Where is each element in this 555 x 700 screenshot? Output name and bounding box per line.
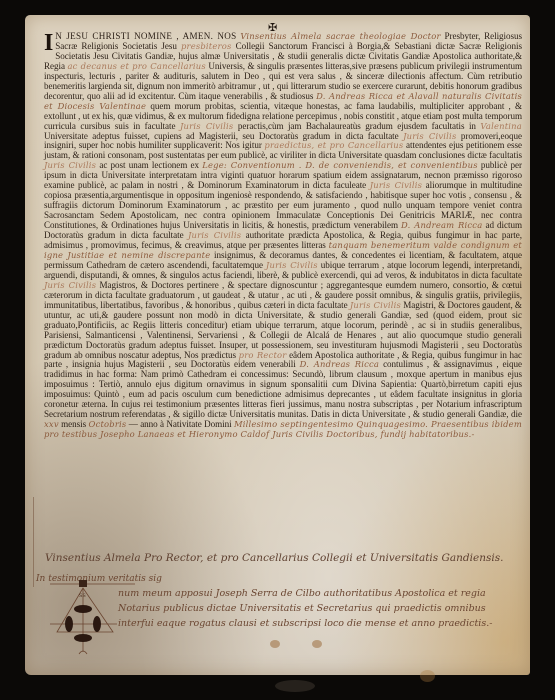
notary-attestation: num meum apposui Joseph Serra de Cilbo a… xyxy=(118,586,518,631)
printed-body: IN JESU CHRISTI NOMINE , AMEN. NOS Vinse… xyxy=(44,32,522,440)
invocation-heading: N JESU CHRISTI NOMINE , AMEN. NOS xyxy=(55,31,236,41)
handwritten-lecture-topic: Lege: Conventionum . D. de conveniendis,… xyxy=(202,160,477,170)
handwritten-insert: presbiteros xyxy=(181,41,232,51)
handwritten-faculty: Juris Civilis xyxy=(188,230,241,240)
margin-rule xyxy=(33,497,34,587)
printed-text: mensis xyxy=(61,419,86,429)
stain-mark xyxy=(270,640,280,648)
diploma-paragraph: IN JESU CHRISTI NOMINE , AMEN. NOS Vinse… xyxy=(44,32,522,440)
printed-text: die xyxy=(511,409,522,419)
handwritten-day: xxv xyxy=(44,419,59,429)
handwritten-insert: ac decanus et pro Cancellarius xyxy=(67,61,205,71)
handwritten-faculty: Juris Civilis xyxy=(370,180,422,190)
printed-text: — anno à Nativitate Domini xyxy=(129,419,232,429)
printed-text: peractis,cùm jam Bachalaureatùs gradum e… xyxy=(238,121,476,131)
handwritten-faculty: Juris Civilis xyxy=(266,260,318,270)
handwritten-rector-name: Vinsentius Almela sacrae theologiae Doct… xyxy=(240,31,440,41)
handwritten-faculty: Juris Civilis xyxy=(403,131,456,141)
svg-text:SS: SS xyxy=(79,593,86,599)
handwritten-month: Octobris xyxy=(89,419,127,429)
handwritten-faculty: Juris Civilis xyxy=(350,300,401,310)
handwritten-insert: praedictus, et pro Cancellarius xyxy=(264,140,403,150)
rector-signature: Vinsentius Almela Pro Rector, et pro Can… xyxy=(45,552,515,565)
handwritten-university: Valentina xyxy=(480,121,522,131)
stain-mark xyxy=(312,640,322,648)
handwritten-insert: pro Rector xyxy=(239,350,287,360)
handwritten-candidate-name: D. Andreas Ricca xyxy=(300,359,379,369)
drop-cap: I xyxy=(44,33,53,53)
handwritten-faculty: Juris Civilis xyxy=(180,121,233,131)
handwritten-candidate-name: D. Andream Ricca xyxy=(401,220,482,230)
handwritten-faculty: Juris Civilis xyxy=(44,160,96,170)
handwritten-faculty: Juris Civilis xyxy=(44,280,96,290)
stain-mark xyxy=(420,670,435,682)
printed-text: ac post unam lectionem ex xyxy=(99,160,199,170)
stain-mark xyxy=(275,680,315,692)
